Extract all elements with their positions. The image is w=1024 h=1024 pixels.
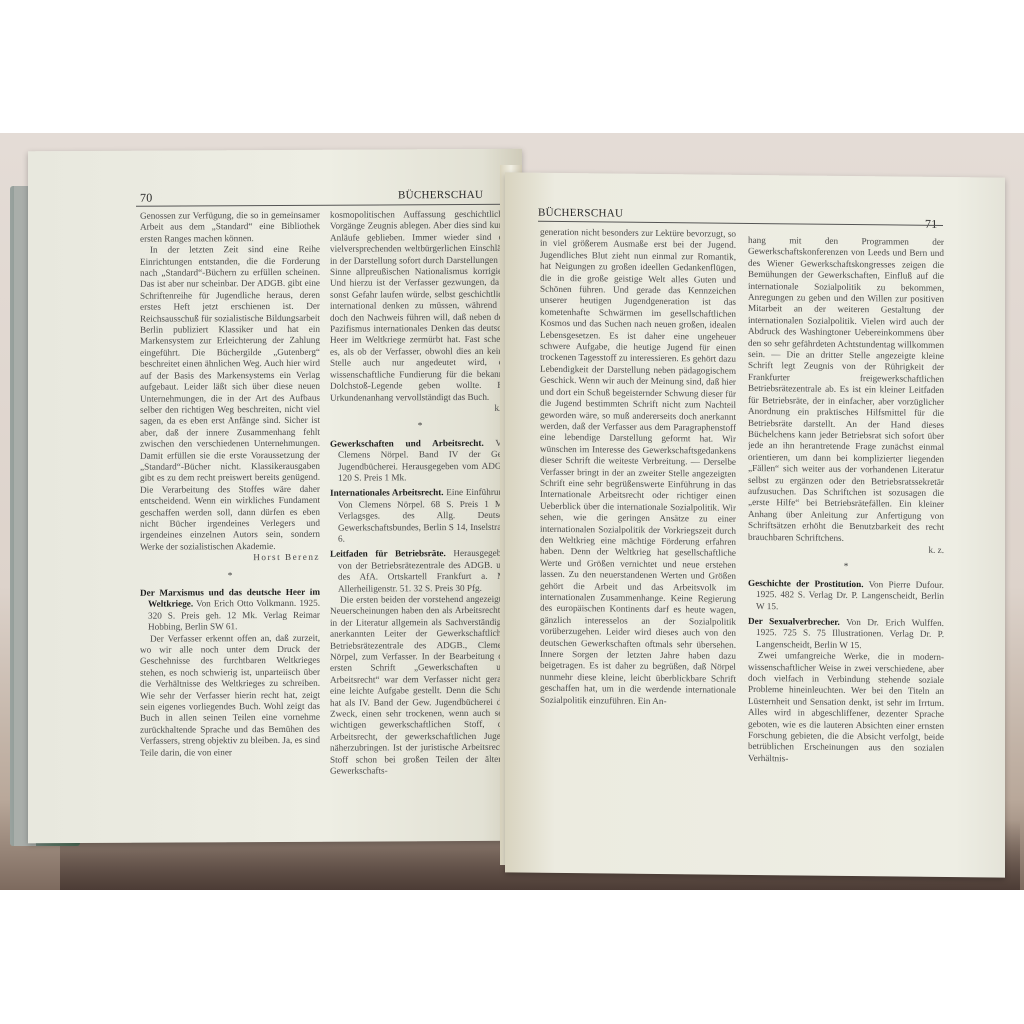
author-signature: Horst Berenz bbox=[140, 552, 320, 564]
paragraph: kosmopolitischen Auffassung geschichtlic… bbox=[330, 209, 510, 404]
left-page-column-1: Genossen zur Verfügung, die so in gemein… bbox=[140, 210, 320, 839]
running-head: BÜCHERSCHAU bbox=[398, 189, 483, 201]
photo-background-bottom bbox=[0, 890, 1024, 1024]
paragraph: Genossen zur Verfügung, die so in gemein… bbox=[140, 210, 320, 245]
right-page-column-1: generation nicht besonders zur Lektüre b… bbox=[540, 227, 736, 849]
review-title: Geschichte der Prostitution. bbox=[748, 578, 864, 589]
paragraph: Die ersten beiden der vorstehend angezei… bbox=[330, 594, 510, 777]
section-separator: * bbox=[140, 569, 320, 581]
reviewer-initials: k. z. bbox=[330, 403, 510, 415]
paragraph: Zwei umfangreiche Werke, die in modern-w… bbox=[748, 650, 944, 766]
review-title: Der Sexualverbrecher. bbox=[748, 616, 840, 627]
header-rule bbox=[538, 221, 943, 226]
page-number: 70 bbox=[140, 191, 153, 206]
header-rule bbox=[136, 204, 510, 207]
paragraph: hang mit den Programmen der Gewerkschaft… bbox=[748, 235, 944, 545]
review-title: Leitfaden für Betriebsräte. bbox=[330, 548, 446, 559]
left-page: 70 BÜCHERSCHAU Genossen zur Verfügung, d… bbox=[28, 149, 522, 844]
section-separator: * bbox=[330, 420, 510, 432]
right-page-column-2: hang mit den Programmen der Gewerkschaft… bbox=[748, 235, 944, 853]
left-page-column-2: kosmopolitischen Auffassung geschichtlic… bbox=[330, 209, 510, 838]
reviewer-initials: k. z. bbox=[748, 543, 944, 556]
review-title: Gewerkschaften und Arbeitsrecht. bbox=[330, 438, 484, 449]
paragraph: Der Verfasser erkennt offen an, daß zurz… bbox=[140, 632, 320, 758]
right-page: BÜCHERSCHAU 71 generation nicht besonder… bbox=[505, 172, 1005, 877]
photo-background-top bbox=[0, 0, 1024, 133]
paragraph: In der letzten Zeit sind eine Reihe Einr… bbox=[140, 244, 320, 553]
paragraph: generation nicht besonders zur Lektüre b… bbox=[540, 227, 736, 708]
section-separator: * bbox=[748, 560, 944, 573]
running-head: BÜCHERSCHAU bbox=[538, 207, 623, 220]
review-title: Internationales Arbeitsrecht. bbox=[330, 487, 444, 498]
